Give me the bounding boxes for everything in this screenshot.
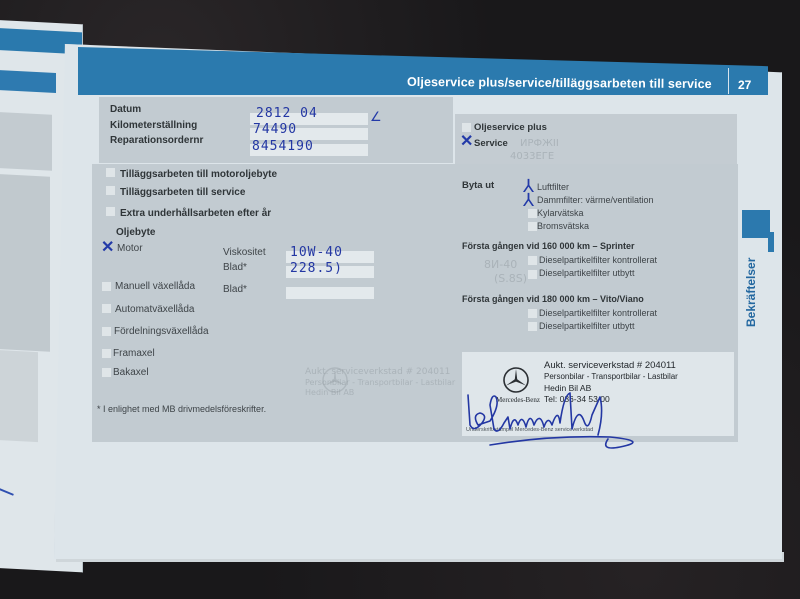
motor-label: Motor [117, 243, 143, 254]
dpf-item-label: Dieselpartikelfilter utbytt [539, 268, 635, 278]
additional-work-label: Tilläggsarbeten till motoroljebyte [120, 169, 277, 180]
viscosity-label: Viskositet [223, 247, 266, 258]
service-checkbox-checked[interactable]: ✕ [460, 134, 473, 150]
side-tab-label: Bekräftelser [744, 247, 760, 327]
dpf-checkbox[interactable] [528, 322, 537, 331]
dpf-item-label: Dieselpartikelfilter utbytt [539, 321, 635, 331]
oil-item-checkbox[interactable] [102, 327, 111, 336]
kylarvatska-checkbox[interactable] [528, 209, 537, 218]
page-number: 27 [738, 78, 751, 92]
side-tab-strip [768, 232, 774, 252]
dammfilter-checkbox-checked[interactable]: ⅄ [523, 191, 534, 209]
handwritten-signature [460, 385, 660, 455]
sheet-label: Blad* [223, 262, 247, 273]
dpf-item-label: Dieselpartikelfilter kontrollerat [539, 308, 657, 318]
oil-item-checkbox[interactable] [102, 304, 111, 313]
faint-bleedthrough-text: 8И-40 [484, 258, 517, 271]
oil-item-label: Manuell växellåda [115, 281, 195, 292]
check-mark: ∠ [370, 110, 382, 123]
left-page-panel [0, 350, 38, 443]
additional-work-checkbox[interactable] [106, 168, 115, 177]
replace-item-label: Bromsvätska [537, 221, 589, 231]
replace-item-label: Luftfilter [537, 182, 569, 192]
mileage-label: Kilometerställning [110, 120, 197, 131]
additional-work-checkbox[interactable] [106, 207, 115, 216]
mercedes-logo-bleedthrough [322, 367, 348, 393]
date-label: Datum [110, 104, 141, 115]
oljeservice-plus-label: Oljeservice plus [474, 122, 547, 133]
stamp-line-1: Aukt. serviceverkstad # 204011 [544, 360, 676, 371]
repair-order-label: Reparationsordernr [110, 135, 203, 146]
repair-order-value: 8454190 [252, 139, 314, 154]
dpf-checkbox[interactable] [528, 309, 537, 318]
replace-item-label: Kylarvätska [537, 208, 584, 218]
viscosity-value: 10W-40 [290, 245, 343, 260]
dpf-vito-title: Första gången vid 180 000 km – Vito/Vian… [462, 294, 644, 304]
left-page-panel [0, 112, 52, 171]
pen-mark [0, 487, 14, 496]
faint-bleedthrough-text: (S.8S) [494, 272, 527, 285]
side-tab-marker [742, 210, 770, 238]
oil-item-label: Framaxel [113, 348, 155, 359]
dpf-checkbox[interactable] [528, 270, 537, 279]
oljeservice-plus-checkbox[interactable] [462, 123, 471, 132]
stamp-line-2: Personbilar - Transportbilar - Lastbilar [544, 372, 678, 381]
mileage-value: 74490 [253, 122, 297, 137]
footnote: * I enlighet med MB drivmedelsföreskrift… [97, 404, 266, 414]
bromsvatska-checkbox[interactable] [528, 222, 537, 231]
left-page-panel [0, 174, 50, 352]
page-title: Oljeservice plus/service/tilläggsarbeten… [407, 75, 712, 91]
header-divider [728, 68, 729, 94]
replace-title: Byta ut [462, 180, 494, 191]
additional-work-label: Tilläggsarbeten till service [120, 187, 245, 198]
oil-item-checkbox[interactable] [102, 349, 111, 358]
date-value: 2812 04 [256, 106, 318, 121]
replace-item-label: Dammfilter: värme/ventilation [537, 195, 654, 205]
gearbox-checkbox[interactable] [102, 282, 111, 291]
faint-bleedthrough-text: ИРФЖІІ [520, 138, 559, 149]
oil-item-label: Fördelningsväxellåda [114, 326, 209, 337]
gearbox-sheet-field[interactable] [286, 287, 374, 299]
dpf-checkbox[interactable] [528, 256, 537, 265]
oil-change-title: Oljebyte [116, 227, 155, 238]
faint-bleedthrough-text: 4033ЕГЕ [510, 151, 554, 162]
dpf-sprinter-title: Första gången vid 160 000 km – Sprinter [462, 241, 635, 251]
oil-item-checkbox[interactable] [102, 368, 111, 377]
gearbox-sheet-label: Blad* [223, 284, 247, 295]
service-label: Service [474, 138, 508, 149]
left-page-title-bar [0, 70, 56, 93]
oil-item-label: Automatväxellåda [115, 304, 195, 315]
sheet-value: 228.5) [290, 261, 343, 276]
additional-work-checkbox[interactable] [106, 186, 115, 195]
oil-item-label: Bakaxel [113, 367, 149, 378]
additional-work-label: Extra underhållsarbeten efter år [120, 208, 271, 219]
motor-checkbox-checked[interactable]: ✕ [101, 240, 114, 256]
dpf-item-label: Dieselpartikelfilter kontrollerat [539, 255, 657, 265]
